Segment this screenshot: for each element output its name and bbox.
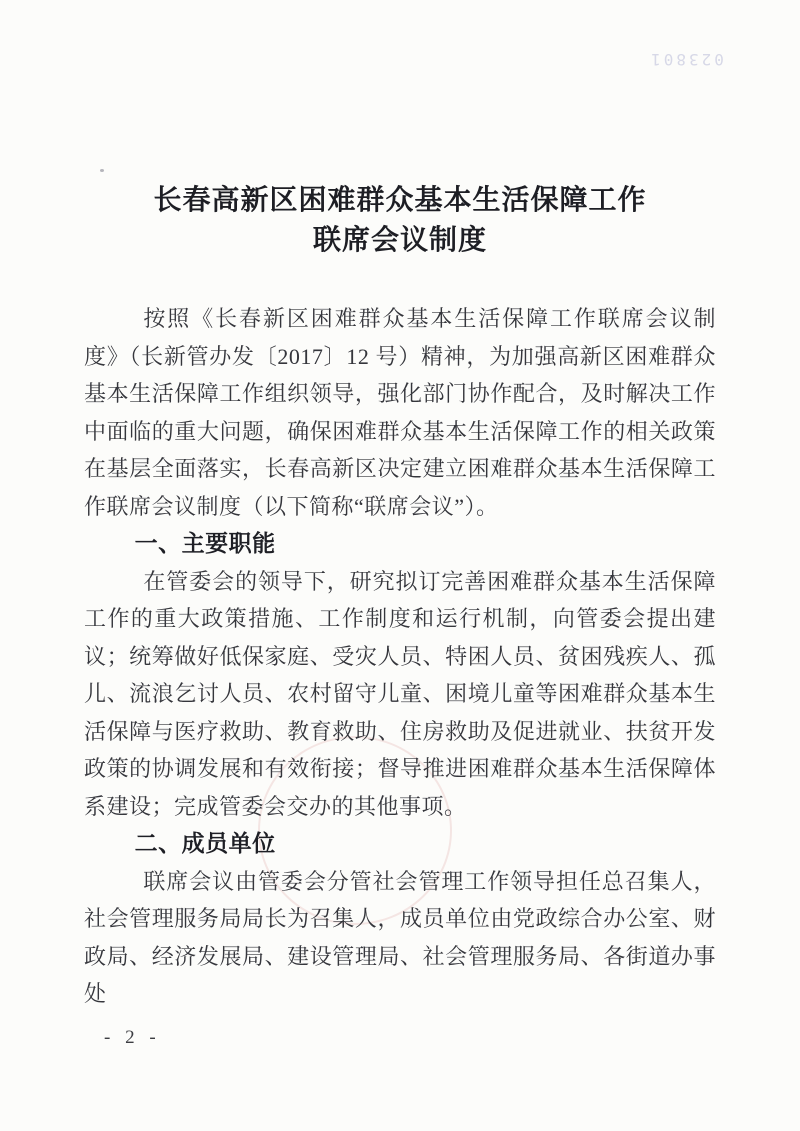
page-number: - 2 - xyxy=(104,1027,161,1049)
scanned-document-page: 023801 长春高新区困难群众基本生活保障工作 联席会议制度 按照《长春新区困… xyxy=(0,0,800,1131)
paragraph: 联席会议由管委会分管社会管理工作领导担任总召集人，社会管理服务局局长为召集人，成… xyxy=(84,863,716,1013)
document-title-line1: 长春高新区困难群众基本生活保障工作 xyxy=(153,185,646,216)
document-title-line2: 联席会议制度 xyxy=(313,225,487,256)
paragraph: 在管委会的领导下，研究拟订完善困难群众基本生活保障工作的重大政策措施、工作制度和… xyxy=(84,563,716,826)
paragraph: 按照《长春新区困难群众基本生活保障工作联席会议制度》（长新管办发〔2017〕12… xyxy=(84,300,716,525)
section-heading: 二、成员单位 xyxy=(84,825,716,863)
document-body: 按照《长春新区困难群众基本生活保障工作联席会议制度》（长新管办发〔2017〕12… xyxy=(84,300,716,1013)
section-heading: 一、主要职能 xyxy=(84,525,716,563)
document-title: 长春高新区困难群众基本生活保障工作 联席会议制度 xyxy=(84,181,716,261)
document-content: 长春高新区困难群众基本生活保障工作 联席会议制度 按照《长春新区困难群众基本生活… xyxy=(0,0,800,1013)
